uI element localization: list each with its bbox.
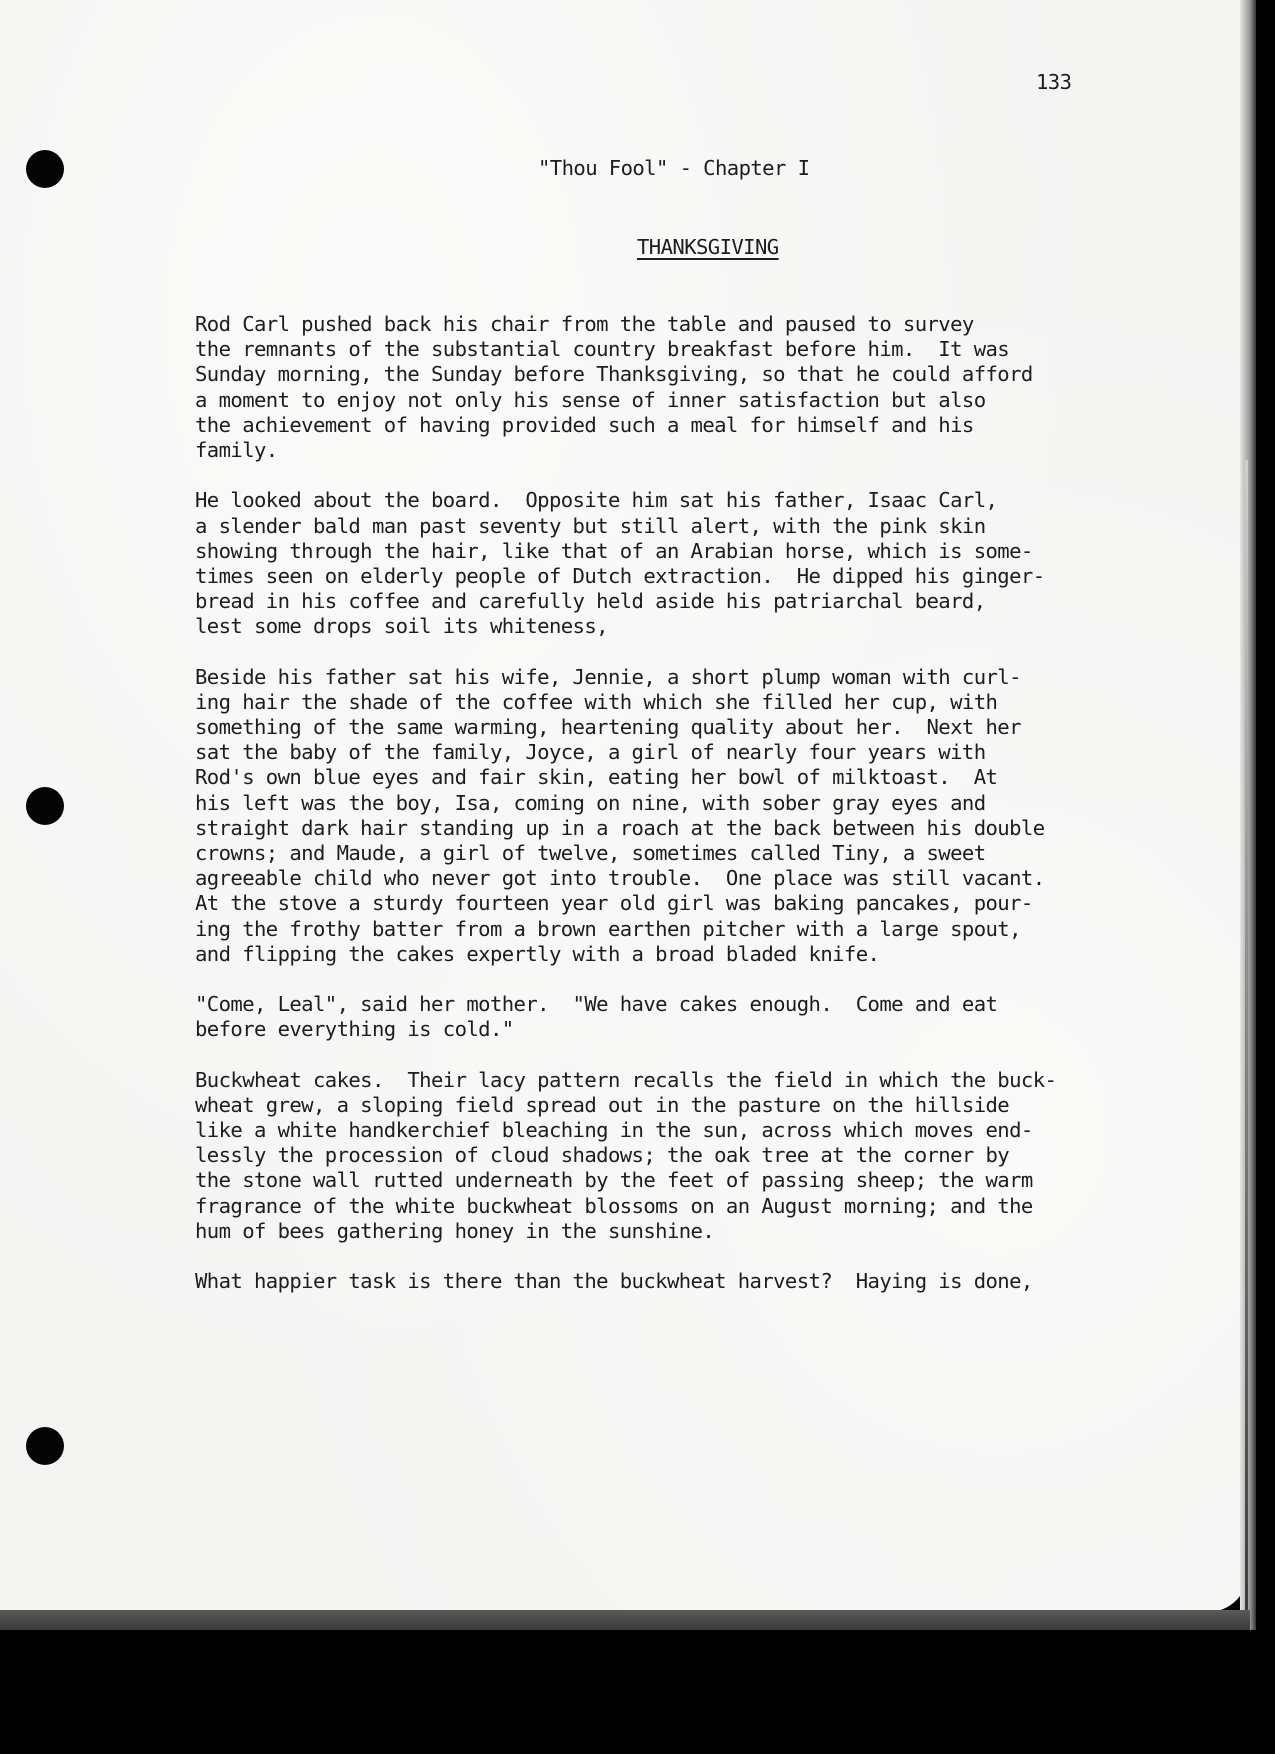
paragraph: Beside his father sat his wife, Jennie, … (195, 665, 1056, 967)
manuscript-page: 133 "Thou Fool" - Chapter I THANKSGIVING… (0, 0, 1248, 1612)
text-line: something of the same warming, heartenin… (195, 715, 1056, 740)
body-text: Rod Carl pushed back his chair from the … (195, 312, 1056, 1320)
text-line: At the stove a sturdy fourteen year old … (195, 891, 1056, 916)
text-line: Beside his father sat his wife, Jennie, … (195, 665, 1056, 690)
text-line: "Come, Leal", said her mother. "We have … (195, 992, 1056, 1017)
margin-rule (1245, 460, 1248, 1610)
binder-hole-icon (26, 787, 64, 825)
text-line: wheat grew, a sloping field spread out i… (195, 1093, 1056, 1118)
text-line: bread in his coffee and carefully held a… (195, 589, 1056, 614)
text-line: ing hair the shade of the coffee with wh… (195, 690, 1056, 715)
section-title: THANKSGIVING (637, 235, 779, 259)
text-line: Rod's own blue eyes and fair skin, eatin… (195, 765, 1056, 790)
text-line: ing the frothy batter from a brown earth… (195, 917, 1056, 942)
text-line: showing through the hair, like that of a… (195, 539, 1056, 564)
text-line: times seen on elderly people of Dutch ex… (195, 564, 1056, 589)
text-line: a moment to enjoy not only his sense of … (195, 388, 1056, 413)
text-line: What happier task is there than the buck… (195, 1269, 1056, 1294)
text-line: Sunday morning, the Sunday before Thanks… (195, 362, 1056, 387)
text-line: straight dark hair standing up in a roac… (195, 816, 1056, 841)
text-line: family. (195, 438, 1056, 463)
scan-shadow-right (1240, 0, 1256, 1630)
text-line: the achievement of having provided such … (195, 413, 1056, 438)
binder-hole-icon (26, 1427, 64, 1465)
text-line: before everything is cold." (195, 1017, 1056, 1042)
scan-shadow-bottom (0, 1610, 1250, 1630)
text-line: his left was the boy, Isa, coming on nin… (195, 791, 1056, 816)
text-line: Rod Carl pushed back his chair from the … (195, 312, 1056, 337)
paragraph: What happier task is there than the buck… (195, 1269, 1056, 1294)
text-line: fragrance of the white buckwheat blossom… (195, 1194, 1056, 1219)
paragraph: "Come, Leal", said her mother. "We have … (195, 992, 1056, 1042)
text-line: the stone wall rutted underneath by the … (195, 1168, 1056, 1193)
binder-hole-icon (26, 150, 64, 188)
paragraph: He looked about the board. Opposite him … (195, 488, 1056, 639)
text-line: Buckwheat cakes. Their lacy pattern reca… (195, 1068, 1056, 1093)
text-line: the remnants of the substantial country … (195, 337, 1056, 362)
text-line: and flipping the cakes expertly with a b… (195, 942, 1056, 967)
page-number: 133 (1036, 70, 1071, 94)
paragraph: Buckwheat cakes. Their lacy pattern reca… (195, 1068, 1056, 1244)
text-line: like a white handkerchief bleaching in t… (195, 1118, 1056, 1143)
text-line: crowns; and Maude, a girl of twelve, som… (195, 841, 1056, 866)
paragraph: Rod Carl pushed back his chair from the … (195, 312, 1056, 463)
text-line: lest some drops soil its whiteness, (195, 614, 1056, 639)
text-line: He looked about the board. Opposite him … (195, 488, 1056, 513)
text-line: agreeable child who never got into troub… (195, 866, 1056, 891)
text-line: lessly the procession of cloud shadows; … (195, 1143, 1056, 1168)
chapter-heading: "Thou Fool" - Chapter I (538, 156, 809, 180)
text-line: sat the baby of the family, Joyce, a gir… (195, 740, 1056, 765)
text-line: a slender bald man past seventy but stil… (195, 514, 1056, 539)
text-line: hum of bees gathering honey in the sunsh… (195, 1219, 1056, 1244)
